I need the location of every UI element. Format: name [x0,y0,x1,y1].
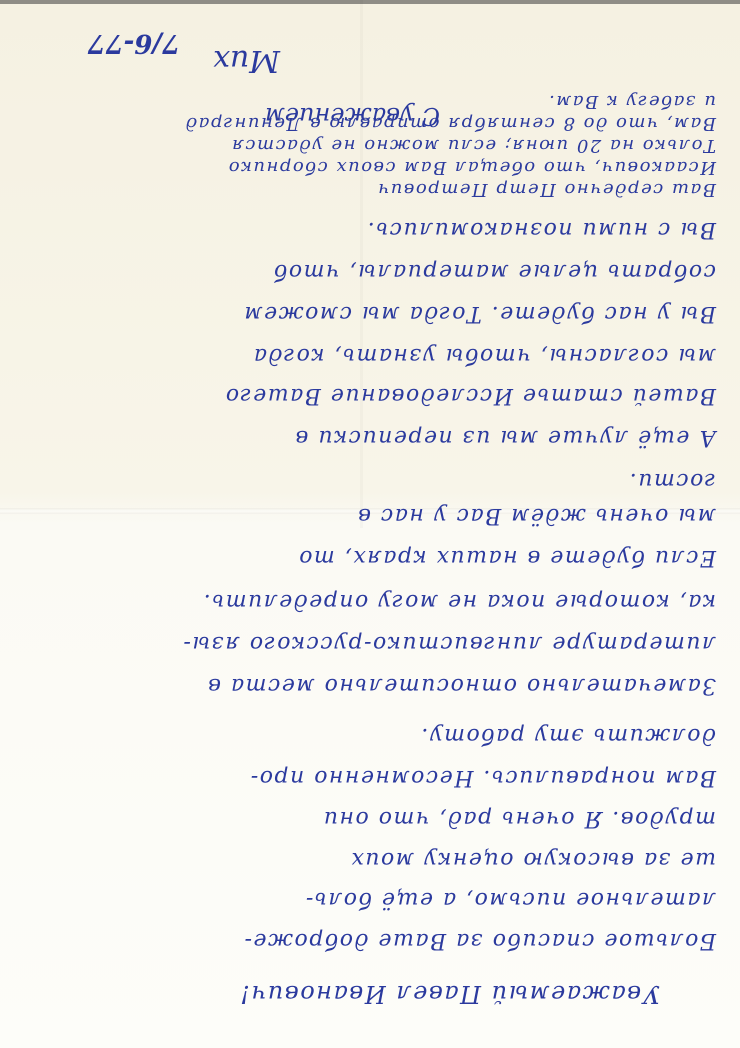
signature: Мих [213,43,280,78]
letter-line: Только на 20 июня; если можно не удастся [231,135,716,156]
salutation: Уважаемый Павел Иванович! [239,980,660,1008]
letter-line: ка, которые пока не могу определить. [202,589,716,614]
letter-line: Замечательно относительно места в [207,673,716,698]
letter-line: Вы с ними познакомились. [366,217,716,242]
letter-line: литературе лингвистико-русского язы- [182,631,716,656]
letter-text-rotated: Уважаемый Павел Иванович! Большое спасиб… [0,0,740,1048]
scanned-letter-page: Уважаемый Павел Иванович! Большое спасиб… [0,0,740,1048]
letter-line: гости. [628,468,716,493]
letter-line: Вам понравились. Несомненно про- [249,765,716,790]
letter-line: Большое спасибо за Ваше доброже- [243,928,716,953]
letter-line: должить эту работу. [420,723,716,748]
letter-line: Вы у нас будете. Тогда мы сможем [243,301,716,326]
letter-line: собрать целые материалы, чтоб [272,259,716,284]
letter-line: А ещё лучше мы из переписки в [294,425,716,450]
letter-line: мы согласны, чтобы узнать, когда [252,343,716,368]
letter-line: Ваш сердечно Петр Петрович [377,179,716,200]
letter-line: Вашей статье Исследование Вашего [224,383,716,408]
closing: С уважением [265,102,440,130]
letter-line: Исаакович, что обещал Вам своих сборнико [227,157,716,178]
letter-line: Если будете в наших краях, то [298,545,716,570]
letter-line: и забегу к Вам. [548,91,716,112]
letter-line: лательное письмо, а ещё боль- [304,887,716,912]
letter-line: трудов. Я очень рад, что они [322,806,716,831]
letter-line: ше за высокую оценку моих [350,847,716,872]
letter-line: мы очень ждём Вас у нас в [357,503,716,528]
